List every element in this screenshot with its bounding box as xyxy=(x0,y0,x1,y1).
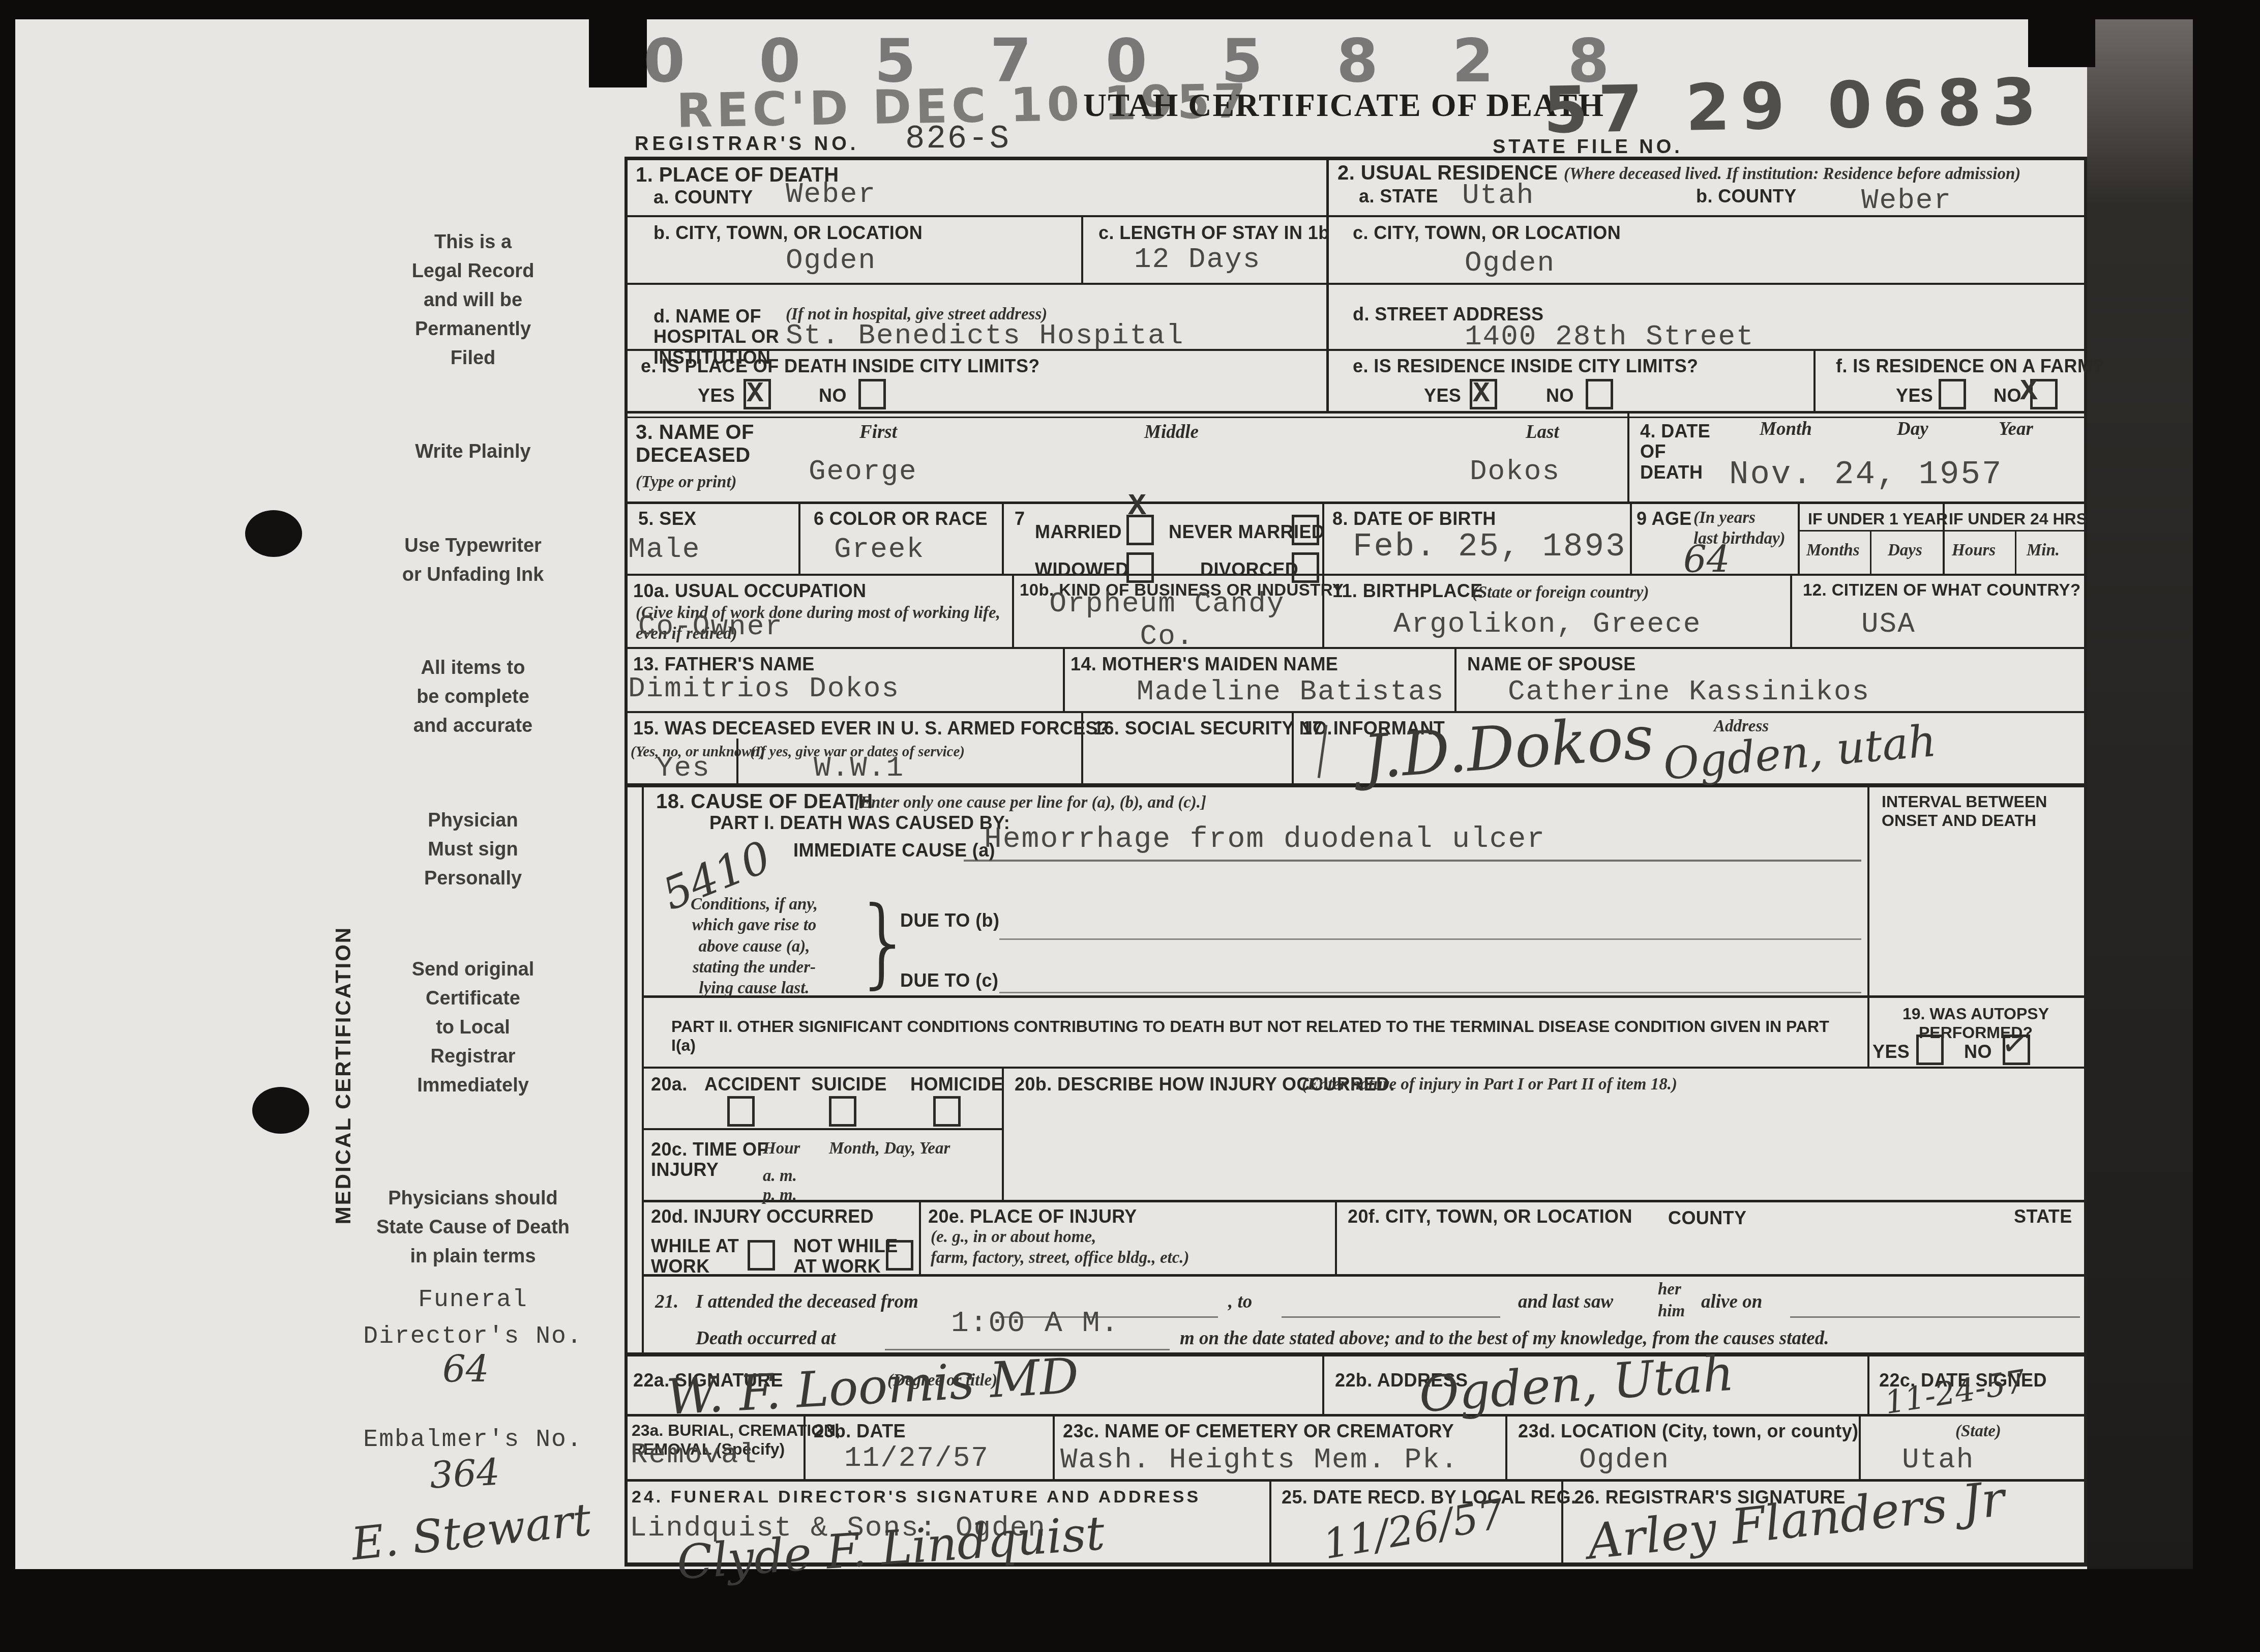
s7-married-mark: X xyxy=(1128,489,1146,524)
s2e-no-label: NO xyxy=(1546,386,1574,406)
s20a-number: 20a. xyxy=(651,1074,688,1095)
s20d-not-while-label: NOT WHILE AT WORK xyxy=(793,1236,898,1277)
s23d-value: Ogden xyxy=(1579,1443,1670,1476)
scan-notch-top-right xyxy=(2028,0,2095,67)
embalmer-no-value: 364 xyxy=(429,1450,501,1496)
s12-label: 12. CITIZEN OF WHAT COUNTRY? xyxy=(1803,581,2081,600)
s23d-label: 23d. LOCATION (City, town, or county) xyxy=(1518,1421,1858,1441)
s1c-label: c. LENGTH OF STAY IN 1b xyxy=(1098,223,1330,243)
s6-value: Greek xyxy=(834,533,925,566)
s10b-value: Orpheum Candy Co. xyxy=(1020,587,1315,653)
s23c-label: 23c. NAME OF CEMETERY OR CREMATORY xyxy=(1063,1421,1454,1441)
s21-time-value: 1:00 A M. xyxy=(951,1307,1119,1340)
margin-note-send-original: Send original Certificate to Local Regis… xyxy=(356,955,590,1100)
s2e-yes-mark: X xyxy=(1473,377,1490,410)
funeral-director-no-value: 64 xyxy=(442,1348,489,1391)
s23c-value: Wash. Heights Mem. Pk. xyxy=(1060,1443,1459,1476)
s20c-pm-label: p. m. xyxy=(763,1185,797,1206)
s13-label: 13. FATHER'S NAME xyxy=(633,654,815,674)
s20f-state-header: STATE xyxy=(2014,1206,2072,1227)
s3-middle-header: Middle xyxy=(1144,421,1199,443)
s2-title-hint: (Where deceased lived. If institution: R… xyxy=(1564,164,2020,185)
s20d-while-label: WHILE AT WORK xyxy=(651,1236,739,1277)
scan-edge-shadow xyxy=(2087,19,2193,1569)
s9-under1-header: IF UNDER 1 YEAR xyxy=(1808,510,1948,528)
spouse-label: NAME OF SPOUSE xyxy=(1467,654,1636,674)
s2f-no-mark: X xyxy=(2020,375,2038,408)
scan-border-bottom xyxy=(0,1569,2260,1652)
margin-note-physician-sign: Physician Must sign Personally xyxy=(356,806,590,893)
s2c-label: c. CITY, TOWN, OR LOCATION xyxy=(1353,223,1621,243)
s3-last-header: Last xyxy=(1526,421,1559,443)
s1a-label: a. COUNTY xyxy=(653,187,753,208)
s5-value: Male xyxy=(628,533,700,566)
s20f-county-header: COUNTY xyxy=(1668,1208,1746,1228)
s11-hint: (State or foreign country) xyxy=(1472,582,1649,603)
s23-state-value: Utah xyxy=(1902,1443,1974,1476)
s14-value: Madeline Batistas xyxy=(1137,675,1444,708)
s16-label: 16. SOCIAL SECURITY NO. xyxy=(1093,718,1332,739)
s21-line1-to: , to xyxy=(1228,1291,1252,1313)
s1e-label: e. IS PLACE OF DEATH INSIDE CITY LIMITS? xyxy=(641,356,1040,376)
s11-label: 11. BIRTHPLACE xyxy=(1332,581,1483,601)
s2f-yes-checkbox xyxy=(1939,379,1966,409)
medical-certification-vertical-label: MEDICAL CERTIFICATION xyxy=(331,770,355,1380)
funeral-director-no-label: Funeral Director's No. xyxy=(356,1282,590,1355)
s21-line2-pre: Death occurred at xyxy=(696,1327,836,1349)
margin-note-all-items: All items to be complete and accurate xyxy=(356,654,590,741)
s4-month-header: Month xyxy=(1760,418,1812,440)
s21-line1-alive: alive on xyxy=(1701,1291,1762,1313)
hole-punch-bottom xyxy=(252,1087,309,1134)
s2a-label: a. STATE xyxy=(1359,186,1438,206)
s7-never-married-checkbox xyxy=(1292,515,1319,545)
s6-label: 6 COLOR OR RACE xyxy=(814,509,988,529)
s14-label: 14. MOTHER'S MAIDEN NAME xyxy=(1070,654,1338,674)
scan-notch-top xyxy=(589,0,647,87)
s18-immediate-cause-label: IMMEDIATE CAUSE (a) xyxy=(793,840,995,861)
s20d-not-while-checkbox xyxy=(886,1240,913,1271)
s19-label: 19. WAS AUTOPSY PERFORMED? xyxy=(1884,1005,2067,1042)
s20a-accident-label: ACCIDENT xyxy=(704,1074,800,1095)
s7-married-label: MARRIED xyxy=(1035,522,1122,542)
s7-divorced-label: DIVORCED xyxy=(1200,559,1298,580)
s4-label: 4. DATE OF DEATH xyxy=(1640,421,1710,483)
s4-day-header: Day xyxy=(1897,418,1928,440)
s15-label: 15. WAS DECEASED EVER IN U. S. ARMED FOR… xyxy=(633,718,1109,739)
registrar-no-value: 826-S xyxy=(905,121,1010,158)
s15-value2: W.W.1 xyxy=(814,752,904,784)
s2a-value: Utah xyxy=(1462,179,1534,212)
scan-border-top xyxy=(0,0,2260,19)
s18-conditions-note: Conditions, if any, which gave rise to a… xyxy=(691,894,818,999)
s2e-label: e. IS RESIDENCE INSIDE CITY LIMITS? xyxy=(1353,356,1698,376)
s20e-label: 20e. PLACE OF INJURY xyxy=(928,1206,1137,1227)
s2c-value: Ogden xyxy=(1465,247,1555,279)
registrar-no-label: REGISTRAR'S NO. xyxy=(635,133,859,155)
s20a-suicide-label: SUICIDE xyxy=(811,1074,887,1095)
s1e-no-label: NO xyxy=(819,386,847,406)
s8-label: 8. DATE OF BIRTH xyxy=(1332,509,1496,529)
margin-note-write-plainly: Write Plainly xyxy=(356,437,590,466)
s3-label: 3. NAME OF DECEASED xyxy=(636,421,754,467)
s3-first-header: First xyxy=(859,421,897,443)
s7-widowed-checkbox xyxy=(1126,552,1154,583)
s5-label: 5. SEX xyxy=(638,509,696,529)
s9-value: 64 xyxy=(1683,538,1730,581)
scan-border-left xyxy=(0,0,15,1652)
s20c-label: 20c. TIME OF INJURY xyxy=(651,1139,768,1181)
s20f-label: 20f. CITY, TOWN, OR LOCATION xyxy=(1348,1206,1632,1227)
s13-value: Dimitrios Dokos xyxy=(628,672,900,705)
s1e-yes-label: YES xyxy=(698,386,735,406)
s2f-no-label: NO xyxy=(1994,386,2021,406)
s1e-no-checkbox xyxy=(858,379,886,409)
s20c-am-label: a. m. xyxy=(763,1166,797,1187)
s1b-value: Ogden xyxy=(786,244,876,277)
s1d-value: St. Benedicts Hospital xyxy=(786,319,1184,352)
s18-part2-label: PART II. OTHER SIGNIFICANT CONDITIONS CO… xyxy=(671,1017,1851,1055)
s2e-no-checkbox xyxy=(1586,379,1613,409)
s20a-suicide-checkbox xyxy=(829,1096,856,1127)
s20a-homicide-checkbox xyxy=(933,1096,961,1127)
s18-due-b-label: DUE TO (b) xyxy=(900,910,999,931)
s1b-label: b. CITY, TOWN, OR LOCATION xyxy=(653,223,923,243)
s18-due-c-label: DUE TO (c) xyxy=(900,970,998,991)
s20a-homicide-label: HOMICIDE xyxy=(910,1074,1003,1095)
s18-part1-label: PART I. DEATH WAS CAUSED BY: xyxy=(709,813,1010,833)
s2e-yes-label: YES xyxy=(1424,386,1461,406)
s9-label: 9 AGE xyxy=(1637,509,1692,529)
s21-her-label: her xyxy=(1658,1279,1681,1300)
s3-last-value: Dokos xyxy=(1470,455,1560,488)
s4-year-header: Year xyxy=(1999,418,2033,440)
s18-interval-header: INTERVAL BETWEEN ONSET AND DEATH xyxy=(1882,792,2047,830)
s4-value: Nov. 24, 1957 xyxy=(1729,457,2003,493)
s3-hint: (Type or print) xyxy=(636,472,737,493)
s19-yes-checkbox xyxy=(1916,1035,1944,1065)
hole-punch-top xyxy=(245,510,302,557)
certificate-title: UTAH CERTIFICATE OF DEATH xyxy=(1083,86,1604,124)
s23-state-header: (State) xyxy=(1955,1421,2001,1442)
s9-months-header: Months xyxy=(1806,540,1860,561)
s24-label: 24. FUNERAL DIRECTOR'S SIGNATURE AND ADD… xyxy=(632,1487,1201,1507)
s15-value1: Yes xyxy=(656,752,710,784)
s20d-label: 20d. INJURY OCCURRED xyxy=(651,1206,874,1227)
s9-under24-header: IF UNDER 24 HRS. xyxy=(1949,510,2092,528)
s1e-yes-mark: X xyxy=(747,377,764,410)
s7-divorced-checkbox xyxy=(1292,552,1319,583)
s9-min-header: Min. xyxy=(2027,540,2060,561)
death-certificate-scan: This is a Legal Record and will be Perma… xyxy=(0,0,2260,1652)
s20c-mdy-header: Month, Day, Year xyxy=(829,1138,950,1159)
margin-note-legal-record: This is a Legal Record and will be Perma… xyxy=(356,228,590,373)
scan-border-right xyxy=(2193,0,2260,1652)
s20c-hour-header: Hour xyxy=(763,1138,800,1159)
s11-value: Argolikon, Greece xyxy=(1393,608,1701,640)
s2f-yes-label: YES xyxy=(1896,386,1933,406)
s21-line1-mid: and last saw xyxy=(1518,1291,1613,1313)
s21-number: 21. xyxy=(655,1291,678,1313)
s18-immediate-cause-value: Hemorrhage from duodenal ulcer xyxy=(984,823,1545,856)
s10a-value: Co-Owner xyxy=(638,610,783,643)
margin-note-plain-terms: Physicians should State Cause of Death i… xyxy=(356,1184,590,1271)
s8-value: Feb. 25, 1893 xyxy=(1353,529,1626,566)
s19-no-label: NO xyxy=(1964,1042,1992,1062)
s2f-label: f. IS RESIDENCE ON A FARM? xyxy=(1836,356,2104,376)
s20e-hint: (e. g., in or about home, farm, factory,… xyxy=(931,1227,1190,1269)
s18-label-hint: [Enter only one cause per line for (a), … xyxy=(854,792,1206,813)
s1a-value: Weber xyxy=(786,178,876,211)
s7-number: 7 xyxy=(1015,509,1025,529)
s19-yes-label: YES xyxy=(1872,1042,1910,1062)
s10a-label: 10a. USUAL OCCUPATION xyxy=(633,581,866,601)
s18-label: 18. CAUSE OF DEATH xyxy=(656,790,873,813)
s2d-value: 1400 28th Street xyxy=(1465,320,1755,353)
s2b-value: Weber xyxy=(1861,184,1952,217)
s21-him-label: him xyxy=(1658,1301,1685,1322)
s23a-value: Removal xyxy=(631,1438,757,1471)
margin-note-use-typewriter: Use Typewriter or Unfading Ink xyxy=(356,532,590,589)
s3-first-value: George xyxy=(809,455,917,488)
state-file-no-value: 57 29 0683 xyxy=(1543,64,2047,147)
s7-widowed-label: WIDOWED xyxy=(1035,559,1129,580)
s1c-value: 12 Days xyxy=(1134,243,1261,276)
s12-value: USA xyxy=(1861,608,1916,640)
s2b-label: b. COUNTY xyxy=(1696,186,1797,206)
s20a-accident-checkbox xyxy=(727,1096,755,1127)
spouse-value: Catherine Kassinikos xyxy=(1508,675,1870,708)
s20d-while-checkbox xyxy=(748,1240,775,1271)
s9-days-header: Days xyxy=(1888,540,1922,561)
state-file-no-label: STATE FILE NO. xyxy=(1493,136,1683,158)
s20b-hint: (Enter nature of injury in Part I or Par… xyxy=(1302,1074,1677,1095)
s9-hours-header: Hours xyxy=(1952,540,1996,561)
s23b-value: 11/27/57 xyxy=(844,1442,989,1474)
s23b-label: 23b. DATE xyxy=(814,1421,906,1441)
s21-line1-pre: I attended the deceased from xyxy=(696,1291,918,1313)
